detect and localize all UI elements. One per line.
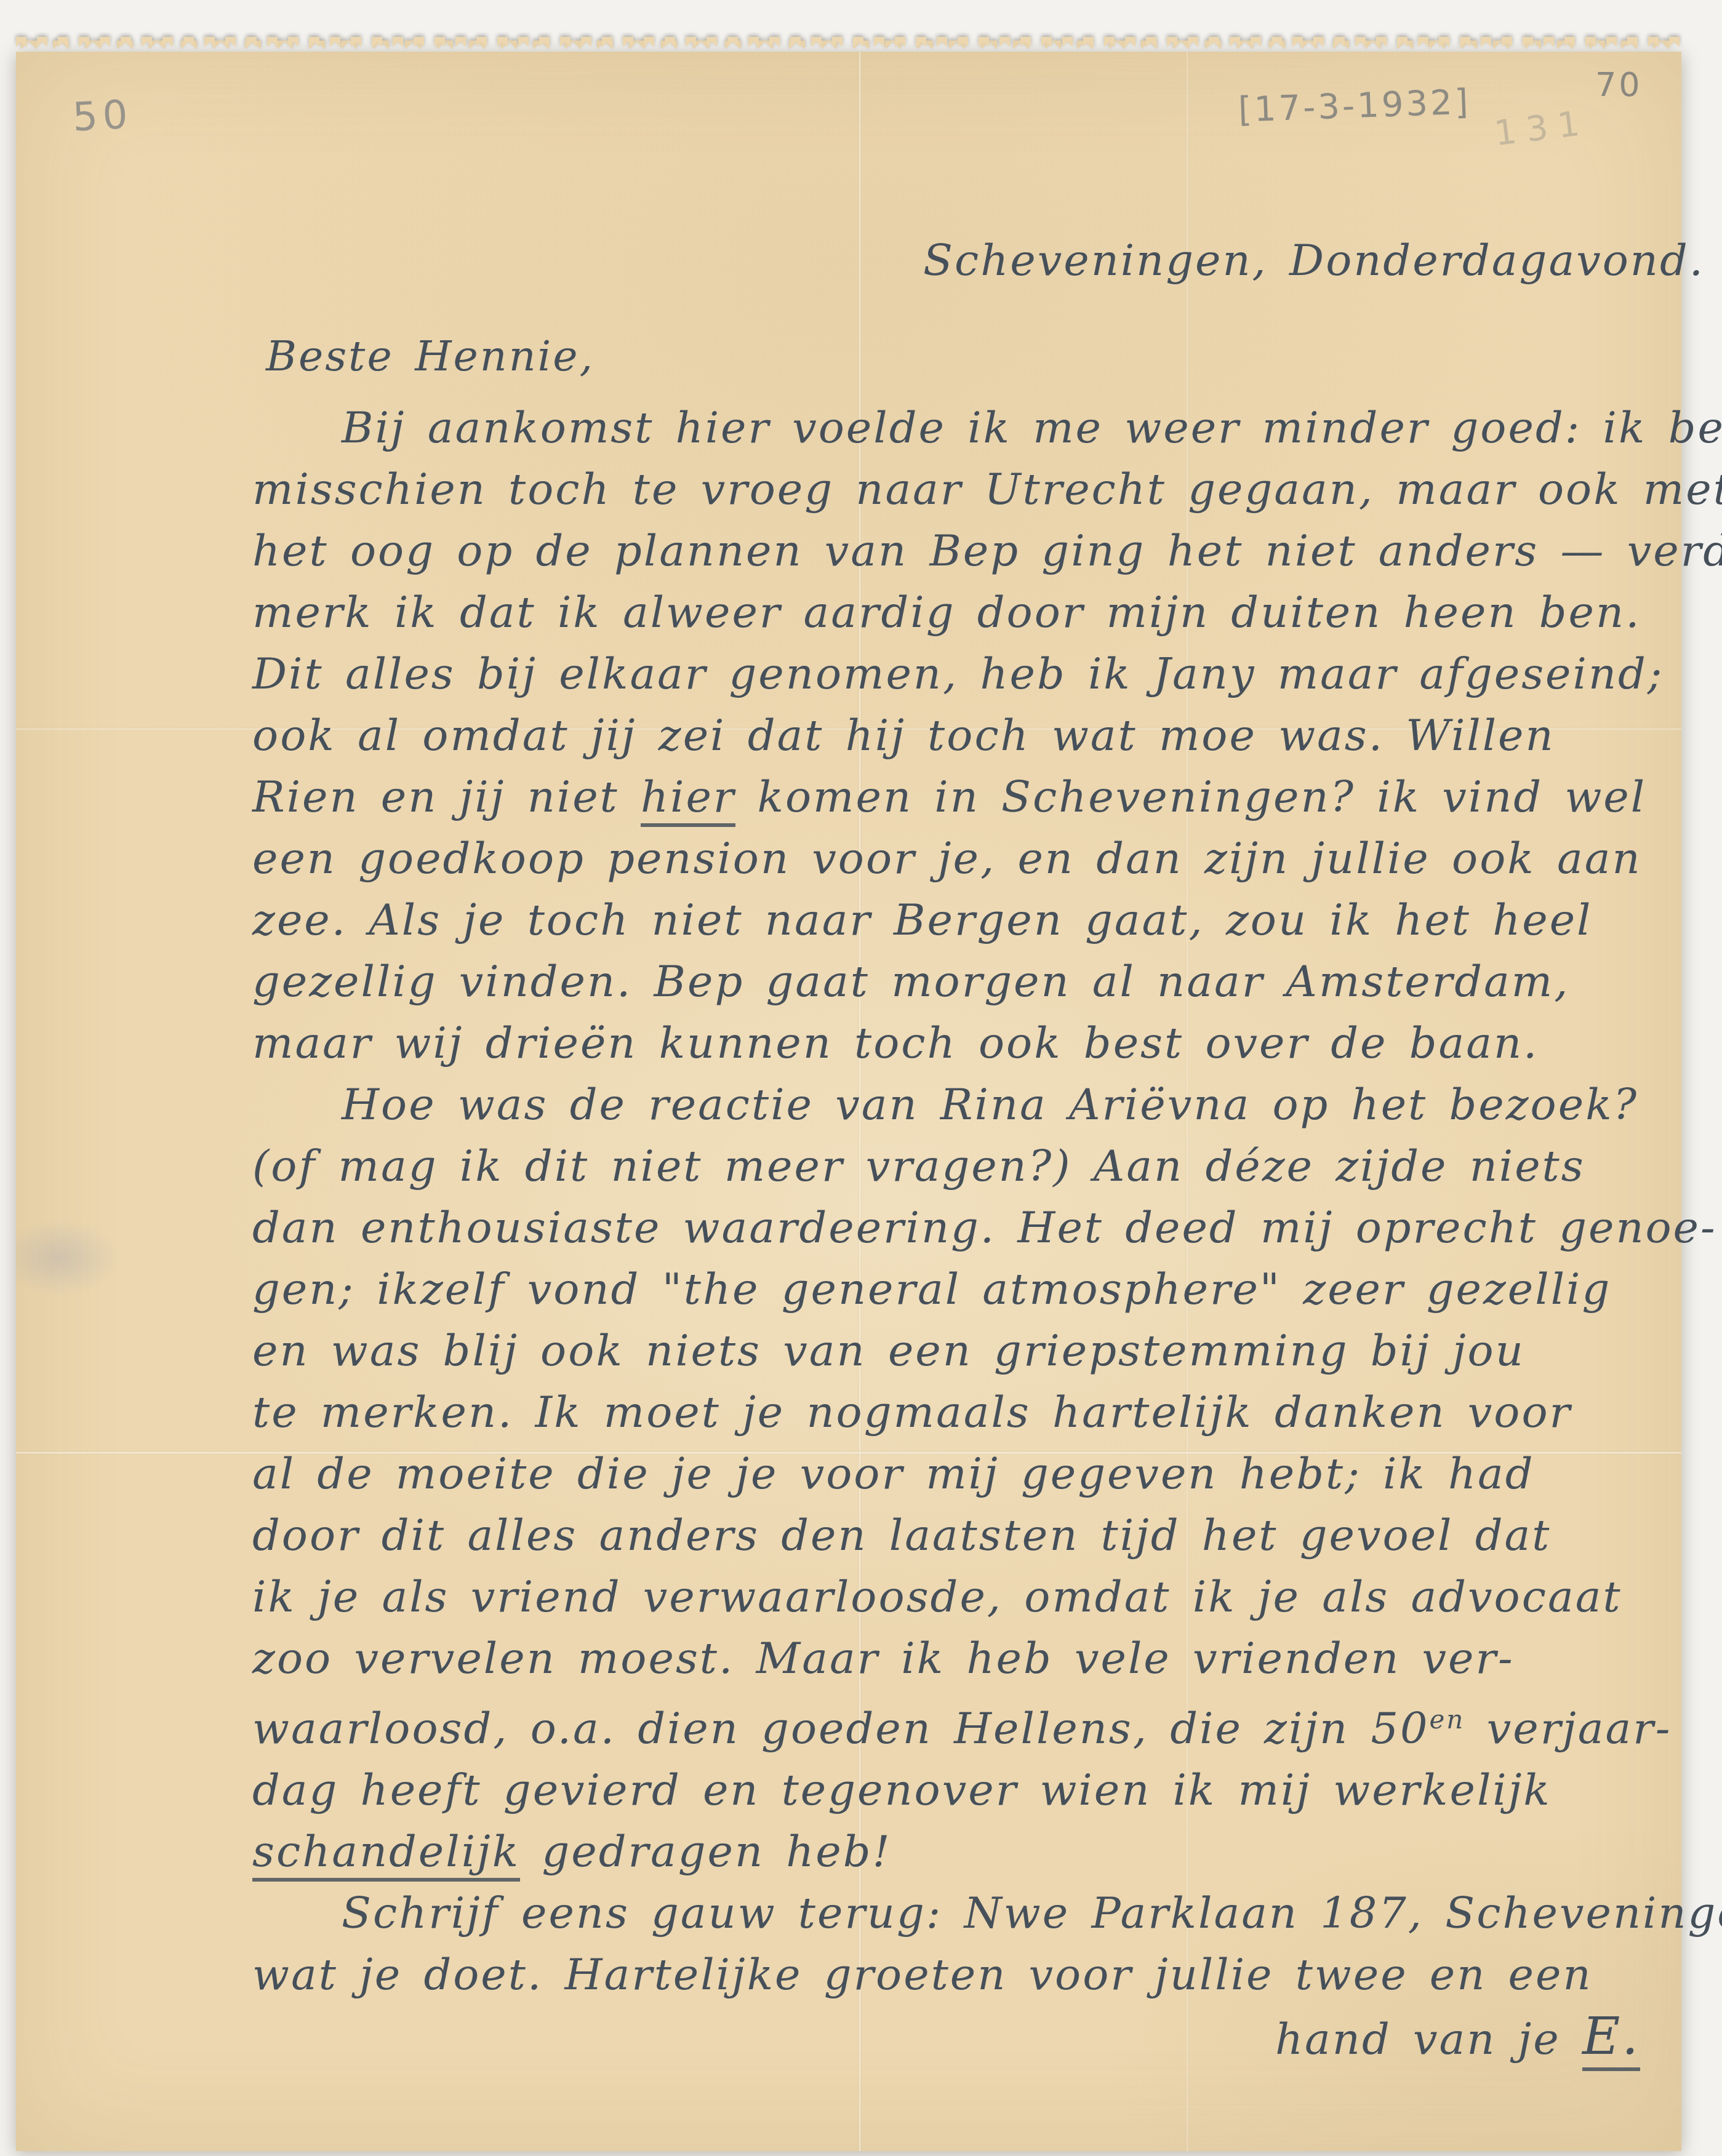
letter-text-segment: gen; ikzelf vond "the general atmosphere… <box>252 1264 1611 1314</box>
letter-text-segment: te merken. Ik moet je nogmaals hartelijk… <box>252 1387 1572 1437</box>
letter-dateline: Scheveningen, Donderdagavond. <box>923 235 1705 285</box>
letter-text-segment: Bij aankomst hier voelde ik me weer mind… <box>342 402 1722 453</box>
letter-line: te merken. Ik moet je nogmaals hartelijk… <box>252 1381 1674 1443</box>
letter-text-segment: Schrijf eens gauw terug: Nwe Parklaan 18… <box>342 1888 1722 1938</box>
letter-text-segment: ik je als vriend verwaarloosde, omdat ik… <box>252 1571 1622 1622</box>
letter-text-segment: misschien toch te vroeg naar Utrecht geg… <box>252 464 1722 514</box>
letter-line: al de moeite die je je voor mij gegeven … <box>252 1443 1674 1504</box>
letter-line: waarloosd, o.a. dien goeden Hellens, die… <box>252 1689 1674 1759</box>
letter-line: een goedkoop pension voor je, en dan zij… <box>252 828 1674 889</box>
letter-line: dag heeft gevierd en tegenover wien ik m… <box>252 1759 1674 1821</box>
letter-line: dan enthousiaste waardeering. Het deed m… <box>252 1197 1674 1258</box>
letter-text-segment: zee. Als je toch niet naar Bergen gaat, … <box>252 895 1593 945</box>
letter-line: zee. Als je toch niet naar Bergen gaat, … <box>252 889 1674 951</box>
letter-text-segment: door dit alles anders den laatsten tijd … <box>252 1510 1551 1560</box>
letter-salutation: Beste Hennie, <box>266 332 595 381</box>
letter-text-segment: waarloosd, o.a. dien goeden Hellens, die… <box>252 1703 1430 1754</box>
letter-text-segment: (of mag ik dit niet meer vragen?) Aan dé… <box>252 1141 1585 1191</box>
letter-line: het oog op de plannen van Bep ging het n… <box>252 520 1674 581</box>
letter-line: merk ik dat ik alweer aardig door mijn d… <box>252 581 1674 643</box>
letter-line: (of mag ik dit niet meer vragen?) Aan dé… <box>252 1135 1674 1197</box>
letter-line: Hoe was de reactie van Rina Ariëvna op h… <box>252 1074 1674 1135</box>
letter-text-segment: maar wij drieën kunnen toch ook best ove… <box>252 1018 1539 1068</box>
letter-line: gezellig vinden. Bep gaat morgen al naar… <box>252 951 1674 1012</box>
torn-edge <box>16 37 1681 52</box>
letter-line: maar wij drieën kunnen toch ook best ove… <box>252 1012 1674 1074</box>
pencil-date-annotation: [17-3-1932] <box>1238 82 1472 130</box>
letter-line: schandelijk gedragen heb! <box>252 1821 1674 1882</box>
letter-body: Bij aankomst hier voelde ik me weer mind… <box>252 397 1674 2070</box>
letter-text-segment: dan enthousiaste waardeering. Het deed m… <box>252 1202 1717 1253</box>
letter-text-segment: gezellig vinden. Bep gaat morgen al naar… <box>252 956 1569 1007</box>
letter-text-segment: gedragen heb! <box>520 1826 892 1877</box>
letter-text-segment: hier <box>641 772 735 827</box>
letter-text-segment: Dit alles bij elkaar genomen, heb ik Jan… <box>252 649 1664 699</box>
letter-text-segment: Hoe was de reactie van Rina Ariëvna op h… <box>342 1079 1638 1130</box>
letter-text-segment: zoo vervelen moest. Maar ik heb vele vri… <box>252 1633 1515 1683</box>
letter-line: Dit alles bij elkaar genomen, heb ik Jan… <box>252 643 1674 705</box>
letter-text-segment: al de moeite die je je voor mij gegeven … <box>252 1448 1535 1499</box>
letter-text-segment: Rien en jij niet <box>252 772 641 822</box>
archival-number-top-left: 50 <box>71 92 134 141</box>
letter-line: misschien toch te vroeg naar Utrecht geg… <box>252 458 1674 520</box>
letter-text-segment: een goedkoop pension voor je, en dan zij… <box>252 833 1642 884</box>
letter-text-segment: schandelijk <box>252 1826 520 1882</box>
letter-line: gen; ikzelf vond "the general atmosphere… <box>252 1258 1674 1320</box>
scan-background: { "colors":{"paper":"#ecd7b0","ink":"#46… <box>0 0 1722 2156</box>
letter-text-segment: en was blij ook niets van een griepstemm… <box>252 1325 1525 1376</box>
letter-line: ook al omdat jij zei dat hij toch wat mo… <box>252 705 1674 766</box>
letter-line: en was blij ook niets van een griepstemm… <box>252 1320 1674 1381</box>
signature-initial: E. <box>1582 2006 1640 2071</box>
letter-text-segment: merk ik dat ik alweer aardig door mijn d… <box>252 587 1641 637</box>
letter-text-segment: dag heeft gevierd en tegenover wien ik m… <box>252 1765 1552 1815</box>
letter-line: hand van je E. <box>252 2005 1674 2070</box>
letter-line: Bij aankomst hier voelde ik me weer mind… <box>252 397 1674 458</box>
letter-line: Rien en jij niet hier komen in Schevenin… <box>252 766 1674 828</box>
letter-text-segment: verjaar- <box>1465 1703 1672 1754</box>
letter-text-segment: het oog op de plannen van Bep ging het n… <box>252 525 1722 576</box>
letter-line: zoo vervelen moest. Maar ik heb vele vri… <box>252 1627 1674 1689</box>
letter-text-segment: komen in Scheveningen? ik vind wel <box>735 772 1646 822</box>
letter-line: door dit alles anders den laatsten tijd … <box>252 1504 1674 1566</box>
letter-text-segment: en <box>1430 1704 1465 1735</box>
page-number-top-right: 70 <box>1595 65 1643 104</box>
letter-text-segment: ook al omdat jij zei dat hij toch wat mo… <box>252 710 1555 761</box>
letter-line: wat je doet. Hartelijke groeten voor jul… <box>252 1944 1674 2005</box>
letter-line: Schrijf eens gauw terug: Nwe Parklaan 18… <box>252 1882 1674 1944</box>
letter-text-segment: hand van je <box>1275 2014 1582 2064</box>
letter-line: ik je als vriend verwaarloosde, omdat ik… <box>252 1566 1674 1627</box>
letter-text-segment: wat je doet. Hartelijke groeten voor jul… <box>252 1949 1593 2000</box>
